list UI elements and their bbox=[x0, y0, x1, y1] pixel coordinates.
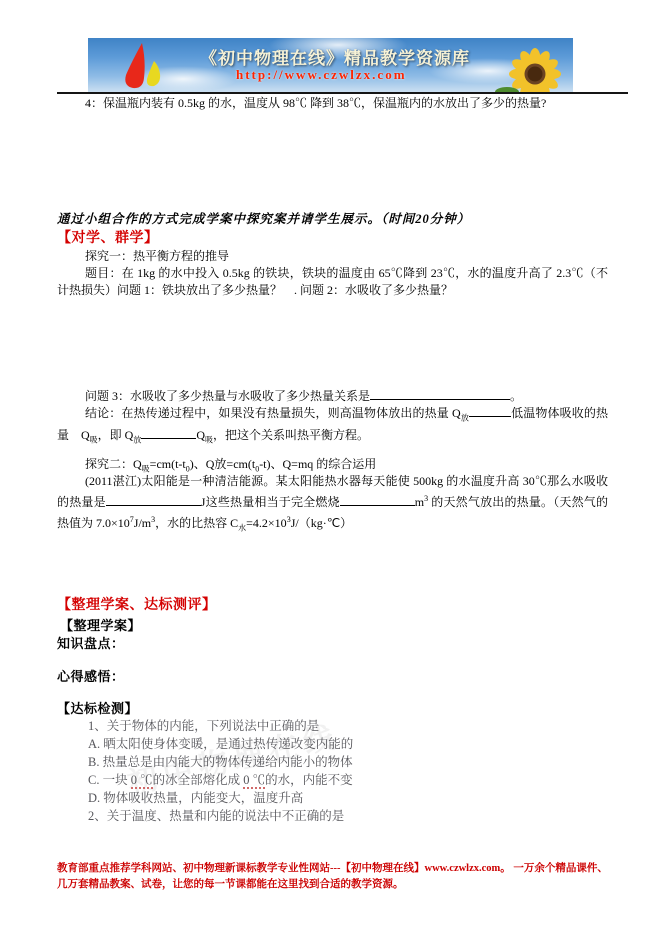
text-run: J/（kg·℃） bbox=[291, 516, 352, 530]
answer-blank bbox=[340, 493, 415, 506]
spellcheck-underline: 0 ℃ bbox=[131, 773, 153, 789]
worksheet-page: 《初中物理在线》精品教学资源库 http://www.czwlzx.com bbox=[0, 0, 661, 936]
site-banner: 《初中物理在线》精品教学资源库 http://www.czwlzx.com bbox=[88, 38, 573, 93]
answer-blank bbox=[469, 404, 511, 417]
footer-promo-line2: 几万套精品教案、试卷，让您的每一节课都能在这里找到合适的教学资源。 bbox=[57, 877, 404, 893]
banner-url-link[interactable]: http://www.czwlzx.com bbox=[236, 67, 407, 83]
inquiry1-title: 探究一：热平衡方程的推导 bbox=[57, 248, 608, 265]
quiz-option-a: A. 晒太阳使身体变暖，是通过热传递改变内能的 bbox=[88, 734, 568, 752]
quiz-option-b: B. 热量总是由内能大的物体传递给内能小的物体 bbox=[88, 752, 568, 770]
text-run: 。 bbox=[510, 389, 522, 403]
text-run: ，把这个关系叫热平衡方程。 bbox=[213, 428, 369, 442]
quiz-option-d: D. 物体吸收热量，内能变大，温度升高 bbox=[88, 788, 568, 806]
spellcheck-underline: 0 ℃ bbox=[243, 773, 265, 789]
knowledge-label: 知识盘点： bbox=[57, 633, 125, 652]
text-run: Q bbox=[196, 428, 205, 442]
quiz-question-1: 1、关于物体的内能，下列说法中正确的是 bbox=[88, 716, 568, 734]
quiz-question-2: 2、关于温度、热量和内能的说法中不正确的是 bbox=[88, 806, 568, 824]
banner-title: 《初中物理在线》精品教学资源库 bbox=[200, 44, 470, 69]
subscript: 吸 bbox=[205, 436, 213, 445]
text-run: )、Q放=cm(t bbox=[190, 457, 255, 471]
text-run: =cm(t-t bbox=[150, 457, 186, 471]
instruction-note: 通过小组合作的方式完成学案中探究案并请学生展示。（时间20分钟） bbox=[57, 209, 470, 227]
text-run: 的冰全部熔化成 bbox=[153, 773, 244, 787]
subscript: 水 bbox=[238, 523, 246, 532]
sunflower-icon bbox=[493, 44, 573, 93]
subscript: 放 bbox=[133, 436, 141, 445]
inquiry1-problem: 题目：在 1kg 的水中投入 0.5kg 的铁块，铁块的温度由 65℃降到 23… bbox=[57, 265, 608, 299]
problem-4: 4：保温瓶内装有 0.5kg 的水，温度从 98℃ 降到 38℃，保温瓶内的水放… bbox=[57, 95, 608, 112]
reflection-label: 心得感悟： bbox=[57, 666, 125, 685]
text-run: 的水，内能不变 bbox=[265, 773, 353, 787]
text-run: ，水的比热容 C bbox=[155, 516, 238, 530]
text-run: 探究二：Q bbox=[85, 457, 142, 471]
text-run: ，即 Q bbox=[98, 428, 134, 442]
quiz-option-c: C. 一块 0 ℃的冰全部熔化成 0 ℃的水，内能不变 bbox=[88, 770, 568, 788]
flame-logo-icon bbox=[112, 41, 174, 93]
conclusion-paragraph: 结论：在热传递过程中，如果没有热量损失，则高温物体放出的热量 Q放低温物体吸收的… bbox=[57, 404, 608, 449]
quiz-heading: 【达标检测】 bbox=[57, 698, 138, 717]
text-run: =4.2×10 bbox=[246, 516, 287, 530]
text-run: J/m bbox=[134, 516, 151, 530]
text-run: 结论：在热传递过程中，如果没有热量损失，则高温物体放出的热量 Q bbox=[85, 406, 461, 420]
inquiry2-problem: (2011湛江)太阳能是一种清洁能源。某太阳能热水器每天能使 500kg 的水温… bbox=[57, 473, 608, 536]
text-run: -t)、Q=mq 的综合运用 bbox=[259, 457, 376, 471]
answer-blank bbox=[141, 426, 196, 439]
answer-blank bbox=[106, 493, 201, 506]
text-run: m bbox=[415, 495, 424, 509]
subscript: 放 bbox=[461, 413, 469, 422]
text-run: J这些热量相当于完全燃烧 bbox=[201, 495, 340, 509]
section-heading-duixue: 【对学、群学】 bbox=[57, 227, 159, 247]
text-run: C. 一块 bbox=[88, 773, 131, 787]
footer-promo-line1: 教育部重点推荐学科网站、初中物理新课标教学专业性网站---【初中物理在线】www… bbox=[57, 861, 608, 877]
section-heading-zhengli: 【整理学案、达标测评】 bbox=[57, 594, 217, 614]
question-3: 问题 3：水吸收了多少热量与水吸收了多少热量关系是。 bbox=[57, 387, 608, 405]
text-run: 问题 3：水吸收了多少热量与水吸收了多少热量关系是 bbox=[85, 389, 370, 403]
subscript: 吸 bbox=[90, 436, 98, 445]
subheading-zhengli: 【整理学案】 bbox=[60, 615, 141, 634]
answer-blank bbox=[370, 387, 510, 400]
divider-line bbox=[57, 92, 628, 94]
